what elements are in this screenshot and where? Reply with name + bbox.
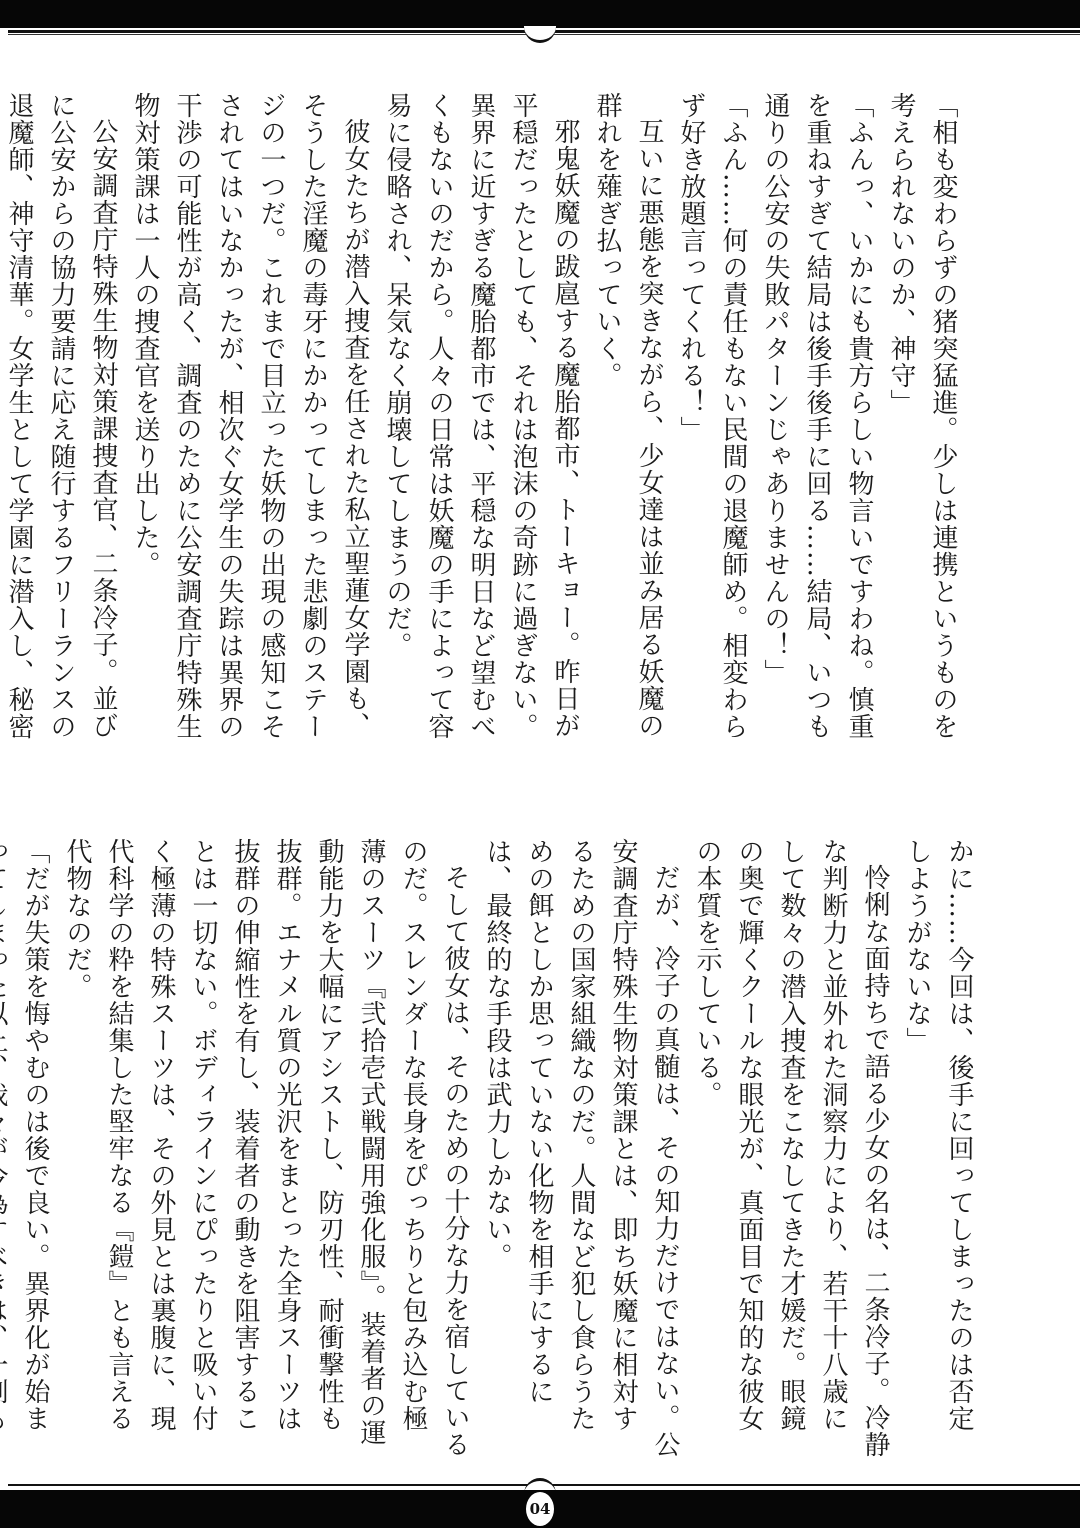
- paragraph: 互いに悪態を突きながら、少女達は並み居る妖魔の群れを薙ぎ払っていく。: [586, 92, 670, 742]
- paragraph: そして彼女は、そのための十分な力を宿しているのだ。スレンダーな長身をぴっちりと包…: [56, 838, 476, 1458]
- page-number: 04: [526, 1492, 554, 1526]
- paragraph: 「相も変わらずの猪突猛進。少しは連携というものを考えられないのか、神守」: [880, 92, 964, 742]
- top-border-notch: [524, 26, 556, 43]
- top-border-band: [0, 0, 1080, 28]
- upper-text-block: 「相も変わらずの猪突猛進。少しは連携というものを考えられないのか、神守」 「ふん…: [124, 92, 964, 742]
- paragraph: 「ふんっ、いかにも貴方らしい物言いですわね。慎重を重ねすぎて結局は後手後手に回る…: [754, 92, 880, 742]
- paragraph: 「だが失策を悔やむのは後で良い。異界化が始まってしまった以上、我々が今為すべきは…: [0, 838, 56, 1458]
- paragraph: 邪鬼妖魔の跋扈する魔胎都市、トーキョー。昨日が平穏だったとしても、それは泡沫の奇…: [376, 92, 586, 742]
- paragraph: 彼女たちが潜入捜査を任された私立聖蓮女学園も、そうした淫魔の毒牙にかかってしまっ…: [124, 92, 376, 742]
- paragraph: 「ふん……何の責任もない民間の退魔師め。相変わらず好き放題言ってくれる！」: [670, 92, 754, 742]
- paragraph: だが、冷子の真髄は、その知力だけではない。公安調査庁特殊生物対策課とは、即ち妖魔…: [476, 838, 686, 1458]
- paragraph: 公安調査庁特殊生物対策課捜査官、二条冷子。並びに公安からの協力要請に応え随行する…: [0, 92, 124, 742]
- paragraph: 怜悧な面持ちで語る少女の名は、二条冷子。冷静な判断力と並外れた洞察力により、若干…: [686, 838, 896, 1458]
- lower-text-block: かに……今回は、後手に回ってしまったのは否定しようがないな」 怜悧な面持ちで語る…: [130, 838, 980, 1458]
- paragraph: かに……今回は、後手に回ってしまったのは否定しようがないな」: [896, 838, 980, 1458]
